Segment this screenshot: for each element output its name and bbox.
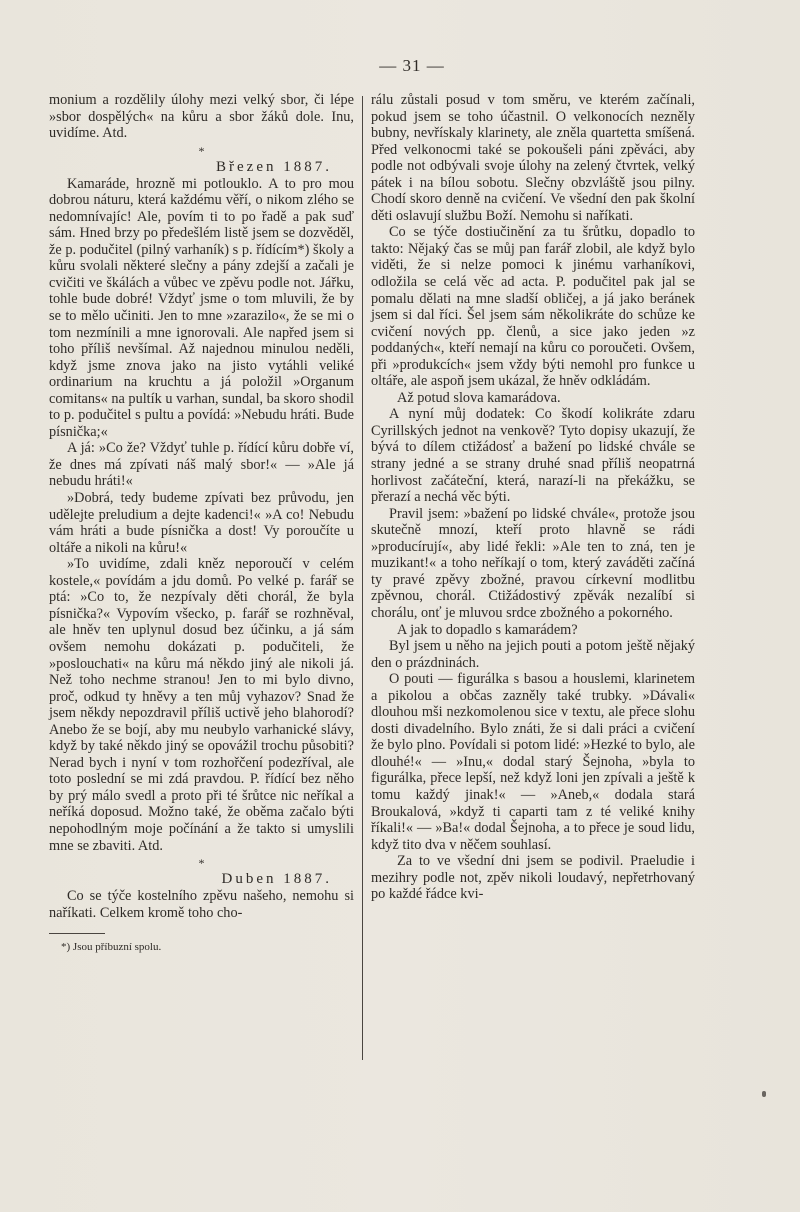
column-divider <box>362 96 363 1060</box>
section-date: Březen 1887. <box>49 158 332 176</box>
paragraph: »To uvidíme, zdali kněz neporoučí v celé… <box>49 556 354 854</box>
paragraph: Za to ve všední dni jsem se podivil. Pra… <box>371 853 695 903</box>
paragraph: A jak to dopadlo s kamarádem? <box>371 622 695 639</box>
paragraph: O pouti — figurálka s basou a houslemi, … <box>371 671 695 853</box>
paragraph: A nyní můj dodatek: Co škodí kolikráte z… <box>371 406 695 505</box>
paragraph: Kamaráde, hrozně mi potlouklo. A to pro … <box>49 176 354 441</box>
paragraph: rálu zůstali posud v tom směru, ve které… <box>371 92 695 224</box>
paragraph: Pravil jsem: »bažení po lidské chvále«, … <box>371 506 695 622</box>
paragraph: Byl jsem u něho na jejich pouti a potom … <box>371 638 695 671</box>
paragraph: Co se týče dostiučinění za tu šrůtku, do… <box>371 224 695 389</box>
paragraph: »Dobrá, tedy budeme zpívati bez průvodu,… <box>49 490 354 556</box>
paragraph: Co se týče kostelního zpěvu našeho, nemo… <box>49 888 354 921</box>
left-column: monium a rozdělily úlohy mezi velký sbor… <box>49 92 354 954</box>
right-column: rálu zůstali posud v tom směru, ve které… <box>371 92 695 903</box>
footnote: *) Jsou příbuzní spolu. <box>49 940 354 954</box>
paragraph: A já: »Co že? Vždyť tuhle p. řídící kůru… <box>49 440 354 490</box>
paragraph: monium a rozdělily úlohy mezi velký sbor… <box>49 92 354 142</box>
section-asterism: * <box>49 144 354 158</box>
footnote-rule <box>49 933 105 934</box>
scanned-page: — 31 — monium a rozdělily úlohy mezi vel… <box>0 0 800 1212</box>
section-date: Duben 1887. <box>49 870 332 888</box>
section-asterism: * <box>49 856 354 870</box>
page-number: — 31 — <box>0 56 800 76</box>
paragraph: Až potud slova kamarádova. <box>371 390 695 407</box>
paper-blemish <box>762 1091 766 1097</box>
